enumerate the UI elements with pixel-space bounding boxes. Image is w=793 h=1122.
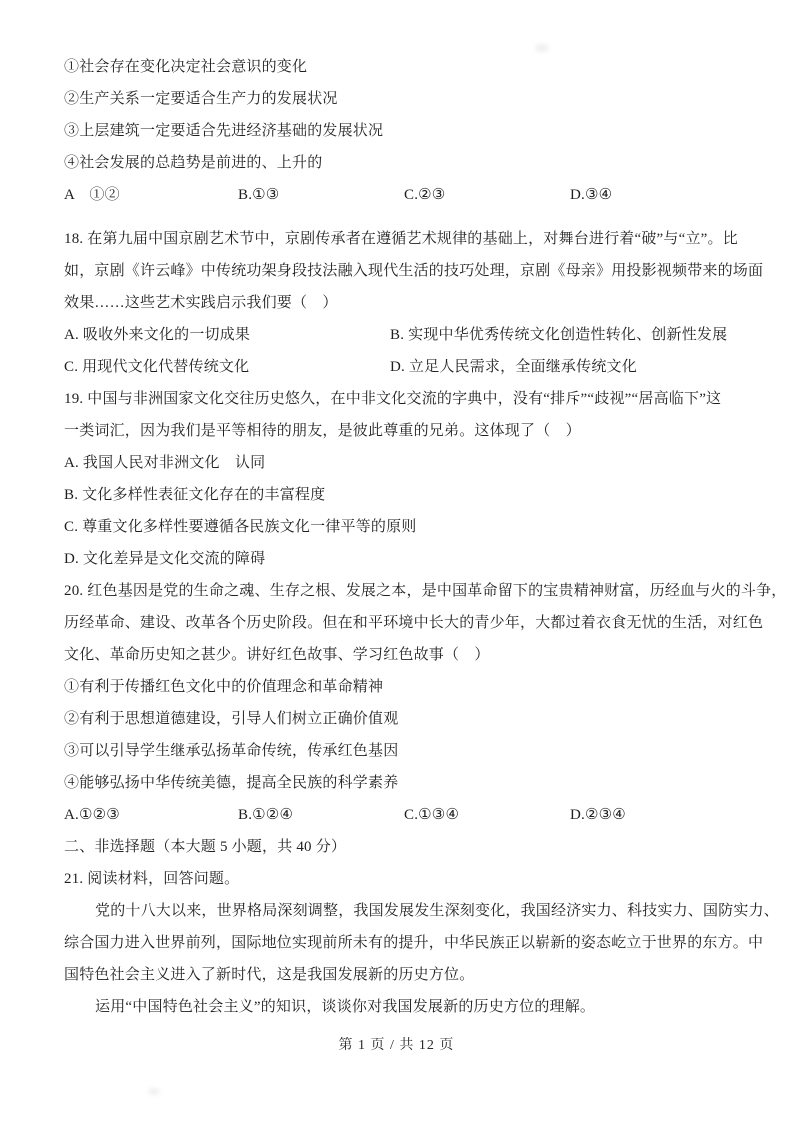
q19-option-c: C. 尊重文化多样性要遵循各民族文化一律平等的原则 <box>64 511 731 543</box>
statement-2: ②生产关系一定要适合生产力的发展状况 <box>64 83 731 115</box>
question-21: 21. 阅读材料，回答问题。 党的十八大以来，世界格局深刻调整，我国发展发生深刻… <box>64 863 731 1023</box>
section-2-heading: 二、非选择题（本大题 5 小题，共 40 分） <box>64 831 731 863</box>
q20-statement-4: ④能够弘扬中华传统美德，提高全民族的科学素养 <box>64 767 731 799</box>
q19-stem-line-2: 一类词汇，因为我们是平等相待的朋友，是彼此尊重的兄弟。这体现了（ ） <box>64 415 731 447</box>
q19-option-a: A. 我国人民对非洲文化 认同 <box>64 447 731 479</box>
q20-statement-3: ③可以引导学生继承弘扬革命传统，传承红色基因 <box>64 735 731 767</box>
q20-stem-line-2: 历经革命、建设、改革各个历史阶段。但在和平环境中长大的青少年，大都过着衣食无忧的… <box>64 607 731 639</box>
q20-stem-line-3: 文化、革命历史知之甚少。讲好红色故事、学习红色故事（ ） <box>64 639 731 671</box>
exam-document-page: ①社会存在变化决定社会意识的变化 ②生产关系一定要适合生产力的发展状况 ③上层建… <box>0 0 793 1122</box>
statement-1: ①社会存在变化决定社会意识的变化 <box>64 51 731 83</box>
q17-option-c: C.②③ <box>404 179 570 211</box>
q18-options-row-1: A. 吸收外来文化的一切成果 B. 实现中华优秀传统文化创造性转化、创新性发展 <box>64 319 731 351</box>
question-17-tail: ①社会存在变化决定社会意识的变化 ②生产关系一定要适合生产力的发展状况 ③上层建… <box>64 51 731 211</box>
q20-option-d: D.②③④ <box>570 799 731 831</box>
q18-stem-line-3: 效果……这些艺术实践启示我们要（ ） <box>64 287 731 319</box>
q20-statement-2: ②有利于思想道德建设，引导人们树立正确价值观 <box>64 703 731 735</box>
question-19: 19. 中国与非洲国家文化交往历史悠久，在中非文化交流的字典中，没有“排斥”“歧… <box>64 383 731 575</box>
page-number-footer: 第 1 页 / 共 12 页 <box>0 1030 793 1062</box>
q17-option-d: D.③④ <box>570 179 731 211</box>
q18-option-b: B. 实现中华优秀传统文化创造性转化、创新性发展 <box>390 319 731 351</box>
q19-stem-line-1: 19. 中国与非洲国家文化交往历史悠久，在中非文化交流的字典中，没有“排斥”“歧… <box>64 383 731 415</box>
q18-option-c: C. 用现代文化代替传统文化 <box>64 351 390 383</box>
q18-stem-line-2: 如，京剧《许云峰》中传统功架身段技法融入现代生活的技巧处理，京剧《母亲》用投影视… <box>64 255 731 287</box>
q21-task: 运用“中国特色社会主义”的知识，谈谈你对我国发展新的历史方位的理解。 <box>64 991 731 1023</box>
statement-3: ③上层建筑一定要适合先进经济基础的发展状况 <box>64 115 731 147</box>
q18-option-a: A. 吸收外来文化的一切成果 <box>64 319 390 351</box>
q20-statement-1: ①有利于传播红色文化中的价值理念和革命精神 <box>64 671 731 703</box>
q21-para-line-1: 党的十八大以来，世界格局深刻调整，我国发展发生深刻变化，我国经济实力、科技实力、… <box>64 895 731 927</box>
page-content: ①社会存在变化决定社会意识的变化 ②生产关系一定要适合生产力的发展状况 ③上层建… <box>64 51 731 1023</box>
scan-artifact <box>148 1088 160 1095</box>
q20-stem-line-1: 20. 红色基因是党的生命之魂、生存之根、发展之本，是中国革命留下的宝贵精神财富… <box>64 575 731 607</box>
q18-options-row-2: C. 用现代文化代替传统文化 D. 立足人民需求，全面继承传统文化 <box>64 351 731 383</box>
q17-options-row: A ①② B.①③ C.②③ D.③④ <box>64 179 731 211</box>
q21-para-line-3: 国特色社会主义进入了新时代，这是我国发展新的历史方位。 <box>64 959 731 991</box>
q17-option-b: B.①③ <box>238 179 404 211</box>
q20-option-a: A.①②③ <box>64 799 238 831</box>
q20-options-row: A.①②③ B.①②④ C.①③④ D.②③④ <box>64 799 731 831</box>
q20-option-b: B.①②④ <box>238 799 404 831</box>
q21-intro: 21. 阅读材料，回答问题。 <box>64 863 731 895</box>
q19-option-b: B. 文化多样性表征文化存在的丰富程度 <box>64 479 731 511</box>
q19-option-d: D. 文化差异是文化交流的障碍 <box>64 543 731 575</box>
statement-4: ④社会发展的总趋势是前进的、上升的 <box>64 147 731 179</box>
question-20: 20. 红色基因是党的生命之魂、生存之根、发展之本，是中国革命留下的宝贵精神财富… <box>64 575 731 831</box>
q18-option-d: D. 立足人民需求，全面继承传统文化 <box>390 351 731 383</box>
q21-para-line-2: 综合国力进入世界前列，国际地位实现前所未有的提升，中华民族正以崭新的姿态屹立于世… <box>64 927 731 959</box>
q18-stem-line-1: 18. 在第九届中国京剧艺术节中，京剧传承者在遵循艺术规律的基础上，对舞台进行着… <box>64 223 731 255</box>
q17-option-a: A ①② <box>64 179 238 211</box>
question-18: 18. 在第九届中国京剧艺术节中，京剧传承者在遵循艺术规律的基础上，对舞台进行着… <box>64 223 731 383</box>
q20-option-c: C.①③④ <box>404 799 570 831</box>
